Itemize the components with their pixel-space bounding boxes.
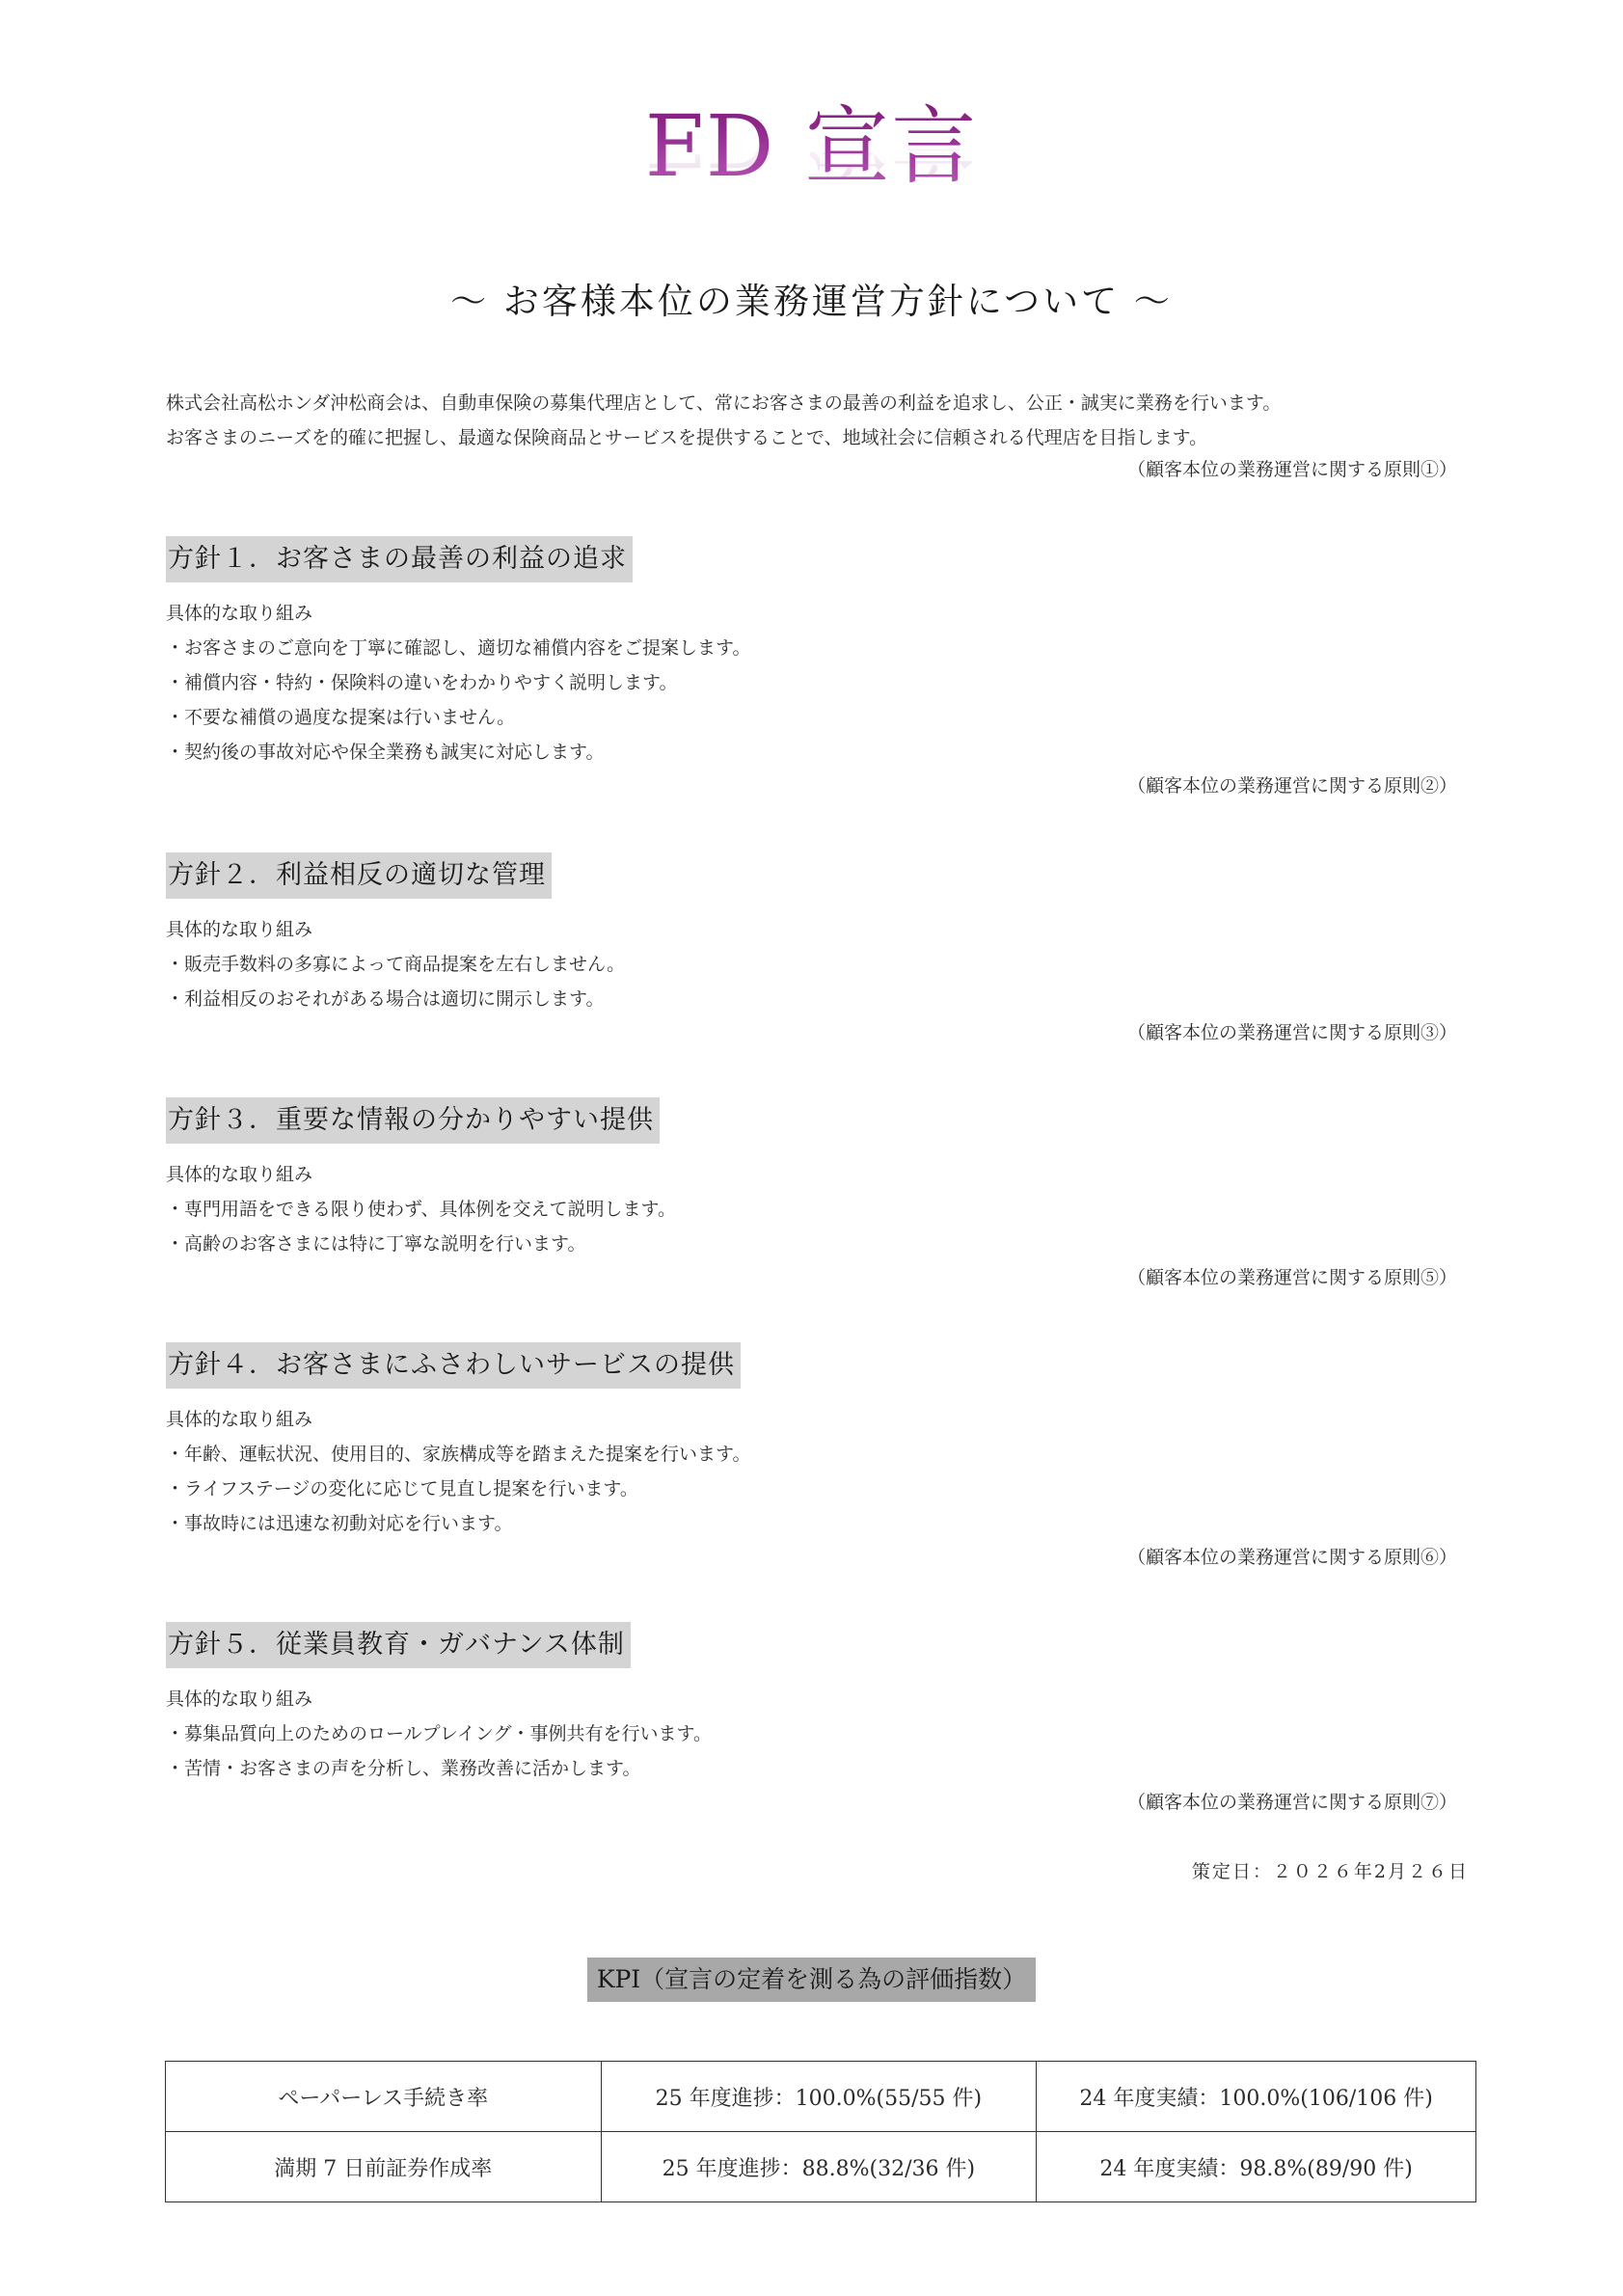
principle-reference: （顧客本位の業務運営に関する原則⑤） (1127, 1263, 1457, 1289)
policy-subheading: 具体的な取り組み (166, 1682, 1468, 1716)
policy-section-5: 方針５．従業員教育・ガバナンス体制 具体的な取り組み 募集品質向上のためのロール… (166, 1622, 1468, 1786)
page-subtitle: ～ お客様本位の業務運営方針について ～ (0, 272, 1623, 324)
policy-heading: 方針１．お客さまの最善の利益の追求 (166, 536, 633, 582)
policy-subheading: 具体的な取り組み (166, 1157, 1468, 1192)
table-row: ペーパーレス手続き率 25 年度進捗：100.0%(55/55 件) 24 年度… (166, 2062, 1476, 2132)
principle-reference: （顧客本位の業務運営に関する原則②） (1127, 771, 1457, 797)
policy-heading: 方針４．お客さまにふさわしいサービスの提供 (166, 1342, 741, 1389)
principle-reference: （顧客本位の業務運営に関する原則①） (1127, 455, 1457, 481)
policy-item-list: 募集品質向上のためのロールプレイング・事例共有を行います。 苦情・お客さまの声を… (166, 1716, 1468, 1786)
policy-subheading: 具体的な取り組み (166, 912, 1468, 947)
list-item: 利益相反のおそれがある場合は適切に開示します。 (166, 982, 1468, 1016)
policy-section-1: 方針１．お客さまの最善の利益の追求 具体的な取り組み お客さまのご意向を丁寧に確… (166, 536, 1468, 770)
established-date: 策定日：２０２６年2月２６日 (1192, 1857, 1469, 1883)
policy-item-list: 販売手数料の多寡によって商品提案を左右しません。 利益相反のおそれがある場合は適… (166, 947, 1468, 1016)
list-item: お客さまのご意向を丁寧に確認し、適切な補償内容をご提案します。 (166, 631, 1468, 665)
list-item: 年齢、運転状況、使用目的、家族構成等を踏まえた提案を行います。 (166, 1437, 1468, 1472)
list-item: 販売手数料の多寡によって商品提案を左右しません。 (166, 947, 1468, 982)
kpi-current-progress: 25 年度進捗：88.8%(32/36 件) (601, 2132, 1037, 2202)
kpi-previous-result: 24 年度実績：98.8%(89/90 件) (1037, 2132, 1476, 2202)
policy-heading: 方針２．利益相反の適切な管理 (166, 852, 552, 899)
kpi-title: KPI（宣言の定着を測る為の評価指数） (587, 1958, 1036, 2002)
list-item: 苦情・お客さまの声を分析し、業務改善に活かします。 (166, 1751, 1468, 1786)
list-item: 募集品質向上のためのロールプレイング・事例共有を行います。 (166, 1716, 1468, 1751)
policy-section-2: 方針２．利益相反の適切な管理 具体的な取り組み 販売手数料の多寡によって商品提案… (166, 852, 1468, 1016)
policy-section-4: 方針４．お客さまにふさわしいサービスの提供 具体的な取り組み 年齢、運転状況、使… (166, 1342, 1468, 1541)
list-item: 契約後の事故対応や保全業務も誠実に対応します。 (166, 735, 1468, 770)
policy-section-3: 方針３．重要な情報の分かりやすい提供 具体的な取り組み 専門用語をできる限り使わ… (166, 1097, 1468, 1261)
kpi-previous-result: 24 年度実績：100.0%(106/106 件) (1037, 2062, 1476, 2132)
policy-item-list: お客さまのご意向を丁寧に確認し、適切な補償内容をご提案します。 補償内容・特約・… (166, 631, 1468, 770)
list-item: 補償内容・特約・保険料の違いをわかりやすく説明します。 (166, 665, 1468, 700)
policy-item-list: 年齢、運転状況、使用目的、家族構成等を踏まえた提案を行います。 ライフステージの… (166, 1437, 1468, 1541)
kpi-metric-name: 満期 7 日前証券作成率 (166, 2132, 602, 2202)
policy-heading: 方針５．従業員教育・ガバナンス体制 (166, 1622, 631, 1668)
kpi-title-area: KPI（宣言の定着を測る為の評価指数） (0, 1958, 1623, 2002)
intro-line: 株式会社高松ホンダ沖松商会は、自動車保険の募集代理店として、常にお客さまの最善の… (166, 386, 1468, 420)
list-item: 専門用語をできる限り使わず、具体例を交えて説明します。 (166, 1192, 1468, 1227)
intro-line: お客さまのニーズを的確に把握し、最適な保険商品とサービスを提供することで、地域社… (166, 420, 1468, 455)
list-item: 高齢のお客さまには特に丁寧な説明を行います。 (166, 1227, 1468, 1261)
fd-declaration-logo: FD 宣言 FD 宣言 (645, 100, 979, 193)
kpi-table: ペーパーレス手続き率 25 年度進捗：100.0%(55/55 件) 24 年度… (165, 2061, 1476, 2202)
kpi-metric-name: ペーパーレス手続き率 (166, 2062, 602, 2132)
list-item: ライフステージの変化に応じて見直し提案を行います。 (166, 1472, 1468, 1506)
list-item: 不要な補償の過度な提案は行いません。 (166, 700, 1468, 735)
logo-text: FD 宣言 (645, 96, 979, 196)
principle-reference: （顧客本位の業務運営に関する原則③） (1127, 1018, 1457, 1044)
principle-reference: （顧客本位の業務運営に関する原則⑦） (1127, 1788, 1457, 1814)
list-item: 事故時には迅速な初動対応を行います。 (166, 1506, 1468, 1541)
table-row: 満期 7 日前証券作成率 25 年度進捗：88.8%(32/36 件) 24 年… (166, 2132, 1476, 2202)
policy-subheading: 具体的な取り組み (166, 1402, 1468, 1437)
intro-paragraph: 株式会社高松ホンダ沖松商会は、自動車保険の募集代理店として、常にお客さまの最善の… (166, 386, 1468, 455)
fd-declaration-page: FD 宣言 FD 宣言 ～ お客様本位の業務運営方針について ～ 株式会社高松ホ… (0, 0, 1623, 2296)
kpi-current-progress: 25 年度進捗：100.0%(55/55 件) (601, 2062, 1037, 2132)
policy-heading: 方針３．重要な情報の分かりやすい提供 (166, 1097, 660, 1144)
principle-reference: （顧客本位の業務運営に関する原則⑥） (1127, 1543, 1457, 1569)
logo-area: FD 宣言 FD 宣言 (0, 100, 1623, 193)
policy-subheading: 具体的な取り組み (166, 596, 1468, 631)
policy-item-list: 専門用語をできる限り使わず、具体例を交えて説明します。 高齢のお客さまには特に丁… (166, 1192, 1468, 1261)
